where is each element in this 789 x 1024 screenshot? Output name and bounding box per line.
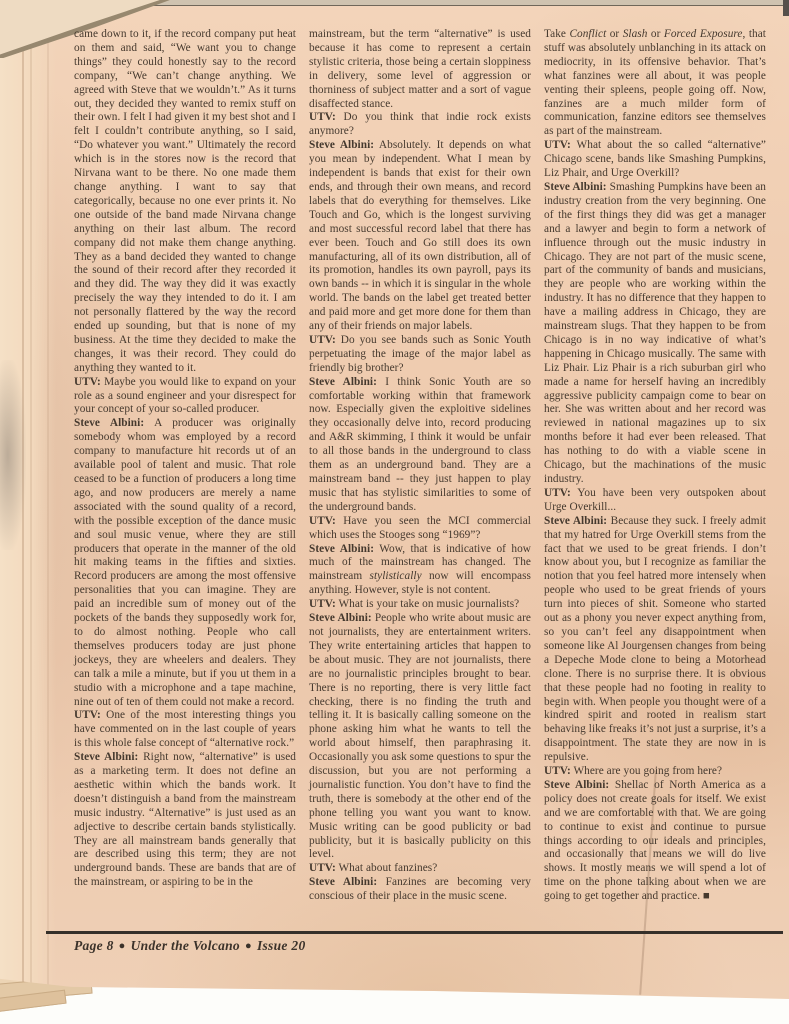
paragraph: Steve Albini: Absolutely. It depends on … [309,139,531,334]
zine-page: came down to it, if the record company p… [0,0,789,1004]
page-crease [47,0,49,1004]
italic-text: Forced Exposure [664,28,743,40]
paragraph: UTV: Maybe you would like to expand on y… [74,376,296,418]
page-footer: Page 8●Under the Volcano●Issue 20 [74,938,306,954]
text-run: came down to it, if the record company p… [74,28,296,374]
text-run: Where are you going from here? [571,765,722,777]
text-run: or [606,28,622,40]
text-run: A producer was originally somebody whom … [74,417,296,707]
text-run: Right now, “alternative” is used as a ma… [74,751,296,888]
paragraph: UTV: Have you seen the MCI commercial wh… [309,515,531,543]
speaker-label: Steve Albini: [544,181,607,193]
paragraph: UTV: Do you see bands such as Sonic Yout… [309,334,531,376]
text-run: mainstream, but the term “alternative” i… [309,28,531,110]
speaker-label: Steve Albini: [544,515,607,527]
paragraph: UTV: You have been very outspoken about … [544,487,766,515]
speaker-label: Steve Albini: [74,417,144,429]
paragraph: UTV: What is your take on music journali… [309,598,531,612]
article-columns: came down to it, if the record company p… [74,28,766,904]
speaker-label: UTV: [309,862,336,874]
speaker-label: Steve Albini: [309,876,377,888]
text-column-2: mainstream, but the term “alternative” i… [309,28,531,904]
speaker-label: Steve Albini: [309,139,374,151]
paragraph: Steve Albini: I think Sonic Youth are so… [309,376,531,515]
speaker-label: UTV: [74,709,101,721]
bullet-icon: ● [114,940,131,952]
text-run: Smashing Pumpkins have been an industry … [544,181,766,485]
text-run: One of the most interesting things you h… [74,709,296,749]
text-run: Do you see bands such as Sonic Youth per… [309,334,531,374]
paragraph: Steve Albini: Smashing Pumpkins have bee… [544,181,766,487]
paragraph: UTV: What about fanzines? [309,862,531,876]
footer-issue-number: Issue 20 [257,938,306,953]
text-run: People who write about music are not jou… [309,612,531,860]
paragraph: Steve Albini: A producer was originally … [74,417,296,709]
italic-text: Conflict [569,28,606,40]
speaker-label: Steve Albini: [309,376,377,388]
text-run: , that stuff was absolutely unblanching … [544,28,766,137]
speaker-label: UTV: [309,334,336,346]
bullet-icon: ● [240,940,257,952]
paragraph: Take Conflict or Slash or Forced Exposur… [544,28,766,139]
scanned-page: came down to it, if the record company p… [0,0,789,1024]
footer-page-number: Page 8 [74,938,114,953]
speaker-label: Steve Albini: [74,751,138,763]
paragraph: Steve Albini: Because they suck. I freel… [544,515,766,765]
text-run: Shellac of North America as a policy doe… [544,779,766,902]
paragraph: UTV: What about the so called “alternati… [544,139,766,181]
text-run: What is your take on music journalists? [336,598,519,610]
paragraph: UTV: One of the most interesting things … [74,709,296,751]
paragraph: mainstream, but the term “alternative” i… [309,28,531,111]
footer-zine-title: Under the Volcano [131,938,240,953]
text-run: Have you seen the MCI commercial which u… [309,515,531,541]
speaker-label: UTV: [544,765,571,777]
text-column-1: came down to it, if the record company p… [74,28,296,904]
italic-text: stylistically [370,570,422,582]
speaker-label: Steve Albini: [544,779,609,791]
text-run: Because they suck. I freely admit that m… [544,515,766,763]
speaker-label: UTV: [309,515,336,527]
paragraph: UTV: Where are you going from here? [544,765,766,779]
speaker-label: ■ [700,890,710,902]
text-run: Maybe you would like to expand on your r… [74,376,296,416]
speaker-label: UTV: [544,487,571,499]
speaker-label: UTV: [309,598,336,610]
speaker-label: UTV: [544,139,571,151]
paragraph: UTV: Do you think that indie rock exists… [309,111,531,139]
paragraph: Steve Albini: Right now, “alternative” i… [74,751,296,890]
paragraph: Steve Albini: Wow, that is indicative of… [309,543,531,599]
text-run: Absolutely. It depends on what you mean … [309,139,531,332]
paragraph: Steve Albini: Fanzines are becoming very… [309,876,531,904]
text-column-3: Take Conflict or Slash or Forced Exposur… [544,28,766,904]
paragraph: came down to it, if the record company p… [74,28,296,376]
text-run: You have been very outspoken about Urge … [544,487,766,513]
scan-edge-artifact [783,0,789,16]
ink-smudge [0,360,26,550]
italic-text: Slash [623,28,648,40]
text-run: or [647,28,663,40]
speaker-label: UTV: [74,376,101,388]
text-run: What about fanzines? [336,862,438,874]
page-crease [30,0,32,1004]
speaker-label: Steve Albini: [309,543,374,555]
text-run: What about the so called “alternative” C… [544,139,766,179]
text-run: Do you think that indie rock exists anym… [309,111,531,137]
text-run: I think Sonic Youth are so comfortable w… [309,376,531,513]
paragraph: Steve Albini: Shellac of North America a… [544,779,766,904]
footer-rule [46,931,783,934]
speaker-label: UTV: [309,111,336,123]
text-run: Take [544,28,569,40]
paragraph: Steve Albini: People who write about mus… [309,612,531,862]
speaker-label: Steve Albini: [309,612,372,624]
